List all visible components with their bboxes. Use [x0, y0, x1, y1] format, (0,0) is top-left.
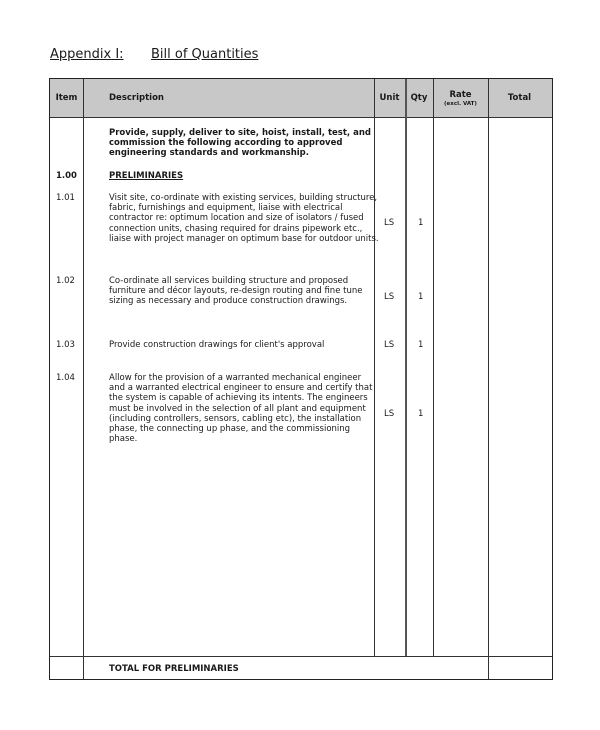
row-description: Provide construction drawings for client…: [109, 340, 379, 350]
section-item-number: 1.00: [56, 171, 77, 181]
header-item: Item: [50, 79, 83, 117]
row-qty: 1: [418, 409, 423, 419]
footer-divider: [50, 656, 552, 657]
bill-of-quantities-table: Item Description Unit Qty Rate (excl. VA…: [49, 78, 553, 680]
row-qty: 1: [418, 292, 423, 302]
header-rate-note: (excl. VAT): [444, 101, 477, 107]
row-item-number: 1.03: [56, 340, 75, 350]
column-divider: [374, 79, 375, 656]
row-description: Allow for the provision of a warranted m…: [109, 373, 379, 444]
appendix-label: Appendix I:: [50, 47, 124, 62]
column-divider: [405, 79, 407, 656]
footer-total-label: TOTAL FOR PRELIMINARIES: [109, 664, 379, 674]
row-unit: LS: [384, 340, 394, 350]
header-total: Total: [488, 79, 551, 117]
header-description: Description: [83, 79, 374, 117]
row-unit: LS: [384, 292, 394, 302]
scope-intro: Provide, supply, deliver to site, hoist,…: [109, 128, 379, 159]
row-qty: 1: [418, 218, 423, 228]
row-item-number: 1.01: [56, 193, 75, 203]
row-description: Visit site, co-ordinate with existing se…: [109, 193, 379, 244]
header-unit: Unit: [374, 79, 405, 117]
column-divider: [433, 79, 434, 656]
header-qty: Qty: [405, 79, 433, 117]
header-rate-label: Rate: [449, 90, 471, 100]
header-rate: Rate (excl. VAT): [433, 79, 488, 117]
section-title: PRELIMINARIES: [109, 171, 379, 181]
table-header: Item Description Unit Qty Rate (excl. VA…: [50, 79, 552, 118]
row-item-number: 1.02: [56, 276, 75, 286]
row-description: Co-ordinate all services building struct…: [109, 276, 379, 307]
row-unit: LS: [384, 409, 394, 419]
row-item-number: 1.04: [56, 373, 75, 383]
row-unit: LS: [384, 218, 394, 228]
column-divider: [83, 79, 84, 679]
column-divider: [488, 79, 489, 679]
row-qty: 1: [418, 340, 423, 350]
bill-title: Bill of Quantities: [151, 47, 258, 62]
